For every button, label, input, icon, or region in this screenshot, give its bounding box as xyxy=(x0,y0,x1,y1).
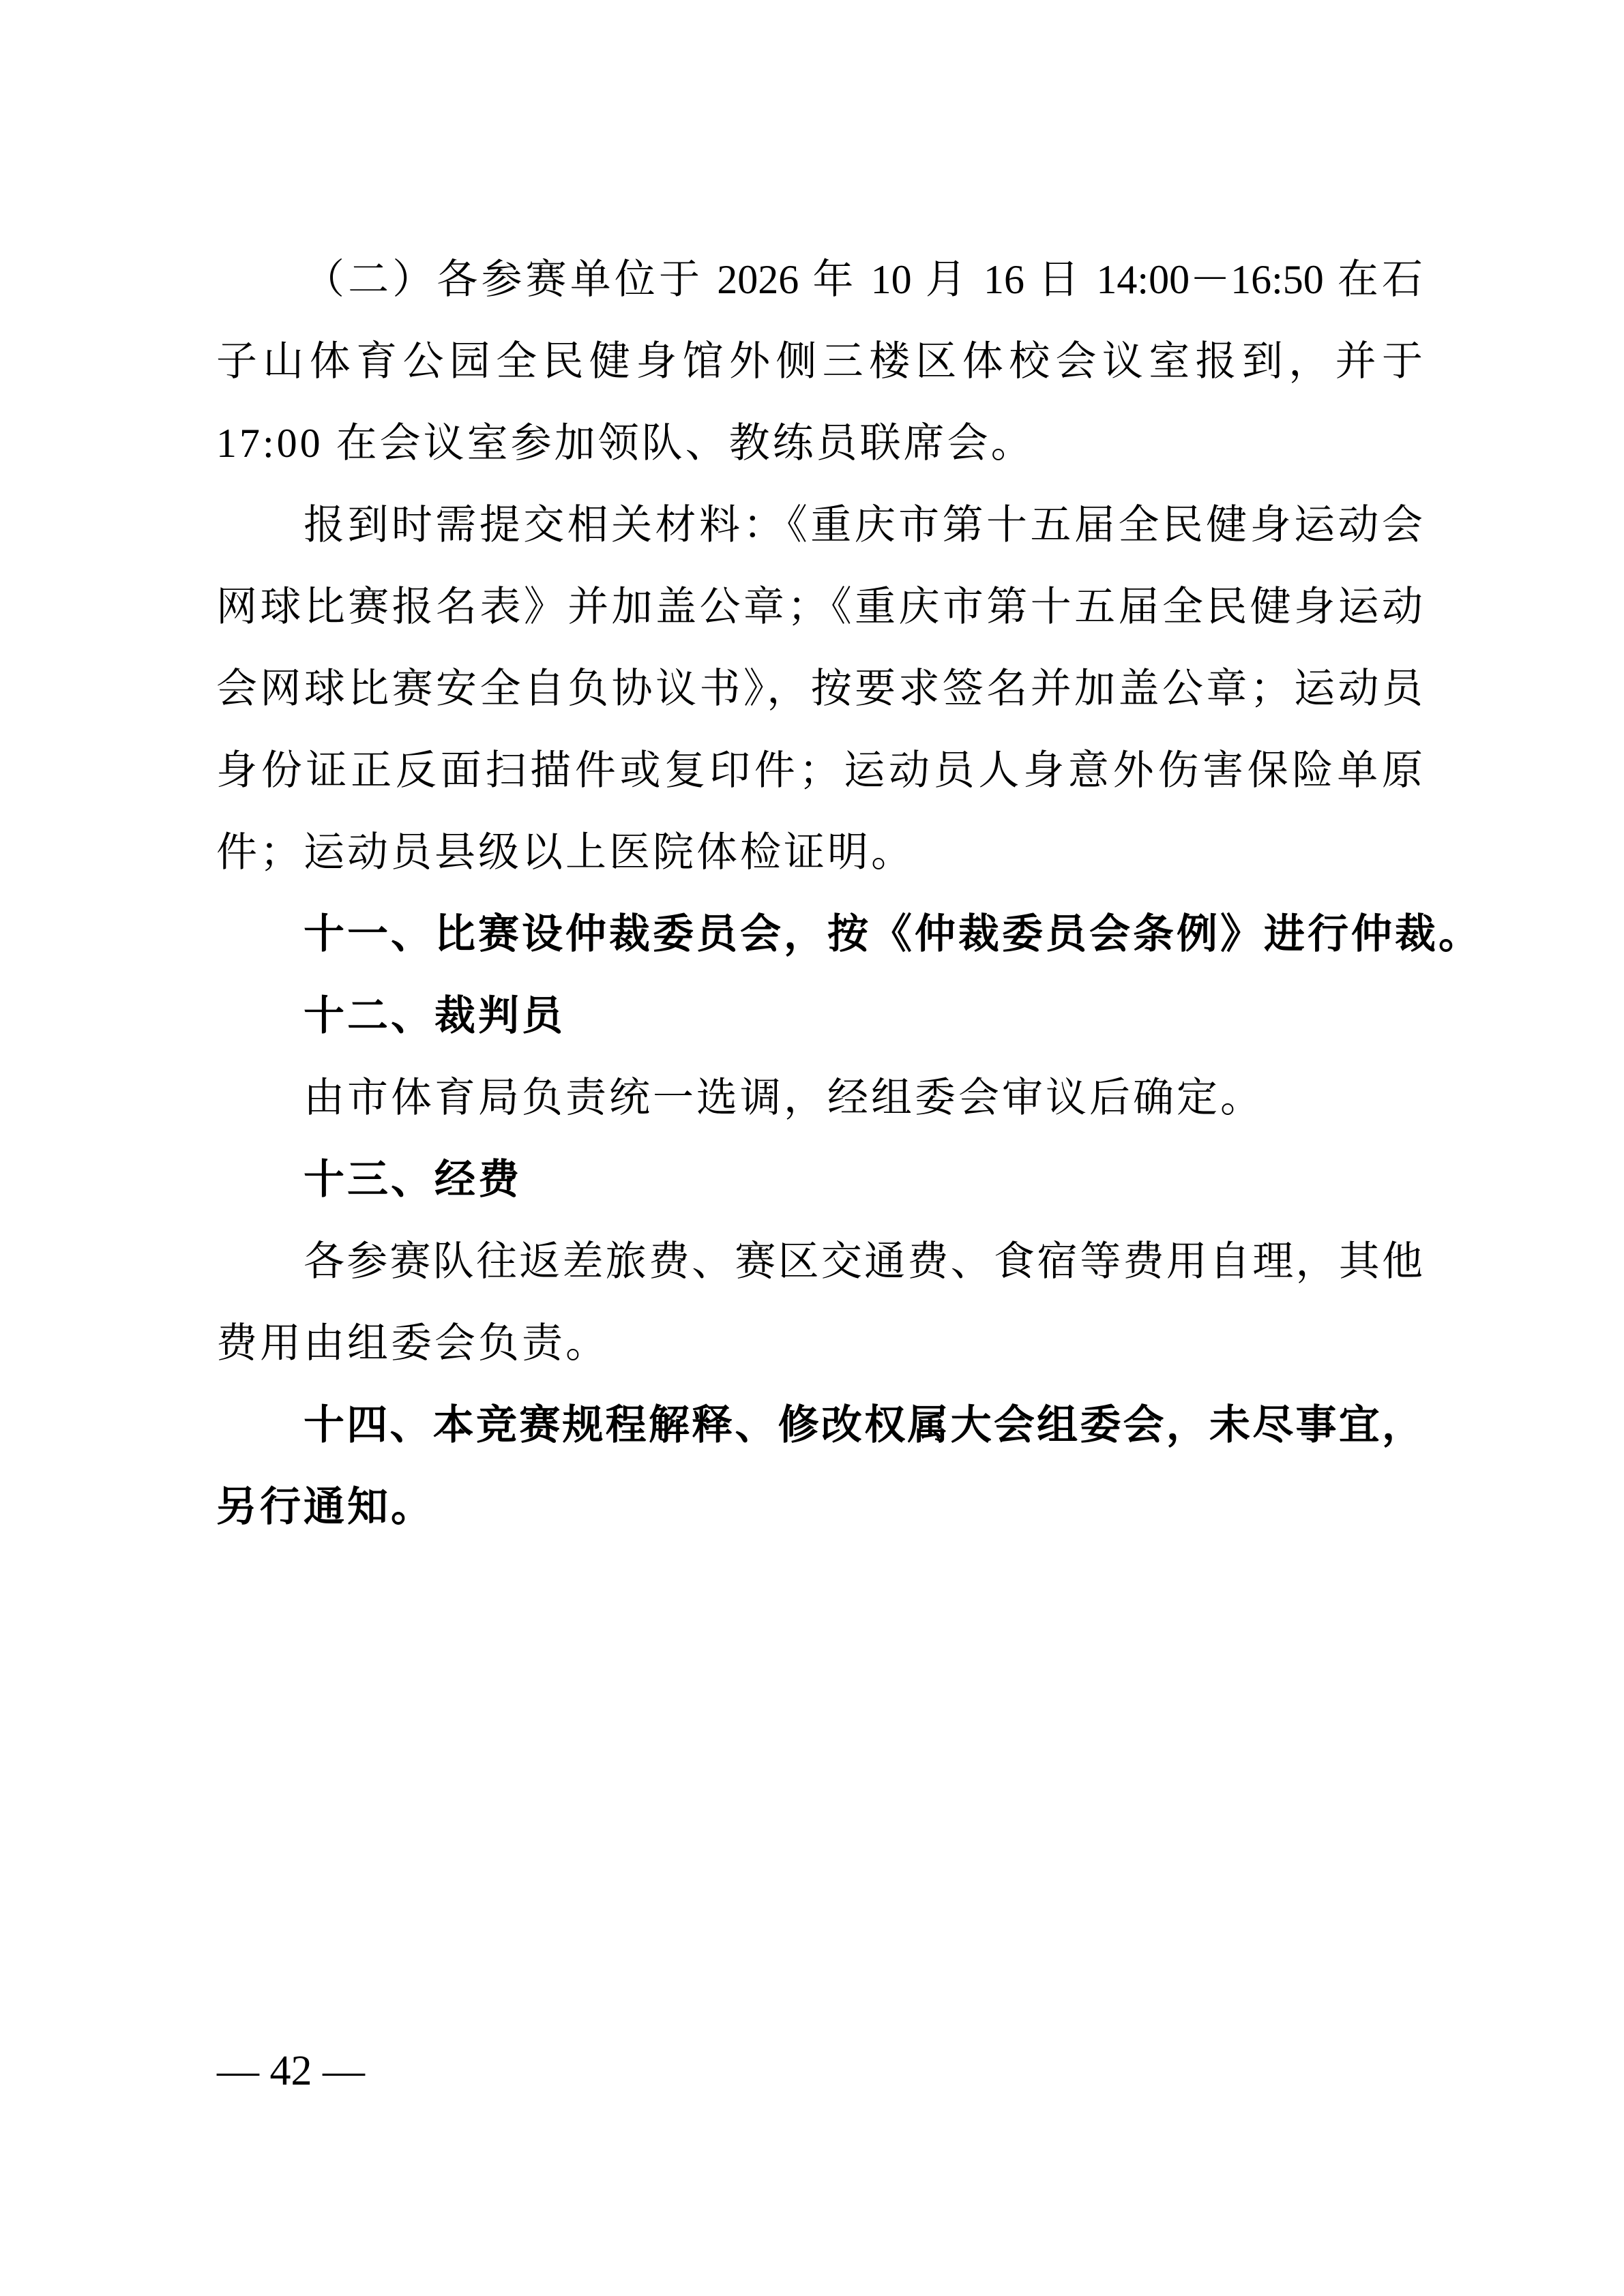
body-text-line: 件；运动员县级以上医院体检证明。 xyxy=(216,811,1423,893)
body-text-line: 各参赛队往返差旅费、赛区交通费、食宿等费用自理，其他 xyxy=(216,1221,1423,1302)
body-text-line: 费用由组委会负责。 xyxy=(216,1302,1423,1384)
section-heading-line: 十一、比赛设仲裁委员会，按《仲裁委员会条例》进行仲裁。 xyxy=(216,893,1423,975)
body-text-line: 会网球比赛安全自负协议书》，按要求签名并加盖公章；运动员 xyxy=(216,648,1423,730)
page-footer: — 42 — xyxy=(217,2046,365,2096)
body-text-line: 身份证正反面扫描件或复印件；运动员人身意外伤害保险单原 xyxy=(216,730,1423,811)
section-heading-line: 十二、裁判员 xyxy=(216,975,1423,1057)
body-text-line: 子山体育公园全民健身馆外侧三楼区体校会议室报到，并于 xyxy=(216,320,1423,402)
section-heading-line: 十四、本竞赛规程解释、修改权属大会组委会，未尽事宜， xyxy=(216,1384,1423,1466)
body-text-line: 网球比赛报名表》并加盖公章；《重庆市第十五届全民健身运动 xyxy=(216,566,1423,648)
body-text-line: 由市体育局负责统一选调，经组委会审议后确定。 xyxy=(216,1057,1423,1139)
document-body: （二）各参赛单位于 2026 年 10 月 16 日 14:00－16:50 在… xyxy=(216,239,1423,1548)
section-heading-line: 另行通知。 xyxy=(216,1466,1423,1548)
section-heading-line: 十三、经费 xyxy=(216,1139,1423,1221)
body-text-line: （二）各参赛单位于 2026 年 10 月 16 日 14:00－16:50 在… xyxy=(216,239,1423,320)
body-text-line: 17:00 在会议室参加领队、教练员联席会。 xyxy=(216,402,1423,484)
page-number: — 42 — xyxy=(217,2048,365,2094)
body-text-line: 报到时需提交相关材料：《重庆市第十五届全民健身运动会 xyxy=(216,484,1423,566)
document-page: （二）各参赛单位于 2026 年 10 月 16 日 14:00－16:50 在… xyxy=(0,0,1624,2296)
